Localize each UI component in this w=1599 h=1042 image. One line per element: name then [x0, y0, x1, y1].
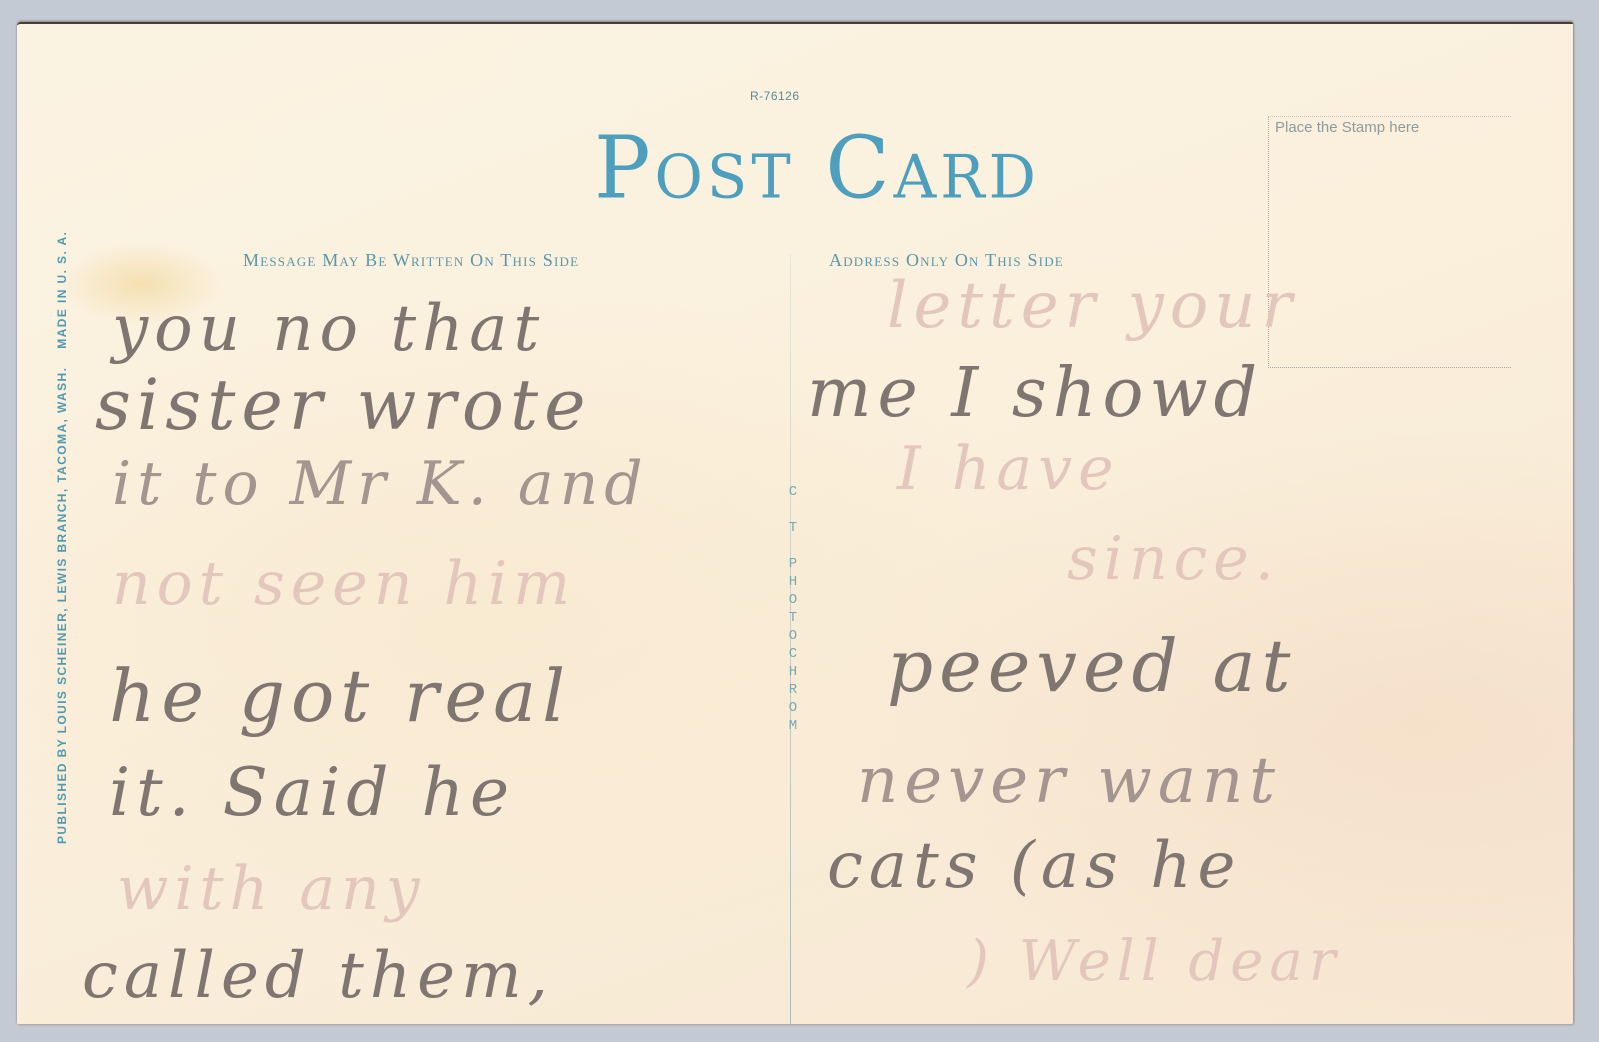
postcard-title: Post Card: [507, 121, 1127, 215]
handwriting-line-7-right: cats (as he: [827, 829, 1241, 903]
stamp-box: [1268, 116, 1511, 368]
handwriting-line-5-left: he got real: [109, 654, 571, 738]
postcard-back: R-76126 Post Card Message May Be Written…: [17, 22, 1573, 1024]
publisher-imprint: PUBLISHED BY LOUIS SCHEINER, LEWIS BRANC…: [55, 144, 69, 844]
handwriting-line-4-right: since.: [1067, 524, 1280, 594]
stamp-box-text: Place the Stamp here: [1275, 119, 1419, 136]
handwriting-line-3-right: I have: [897, 434, 1120, 504]
publisher-line: PUBLISHED BY LOUIS SCHEINER, LEWIS BRANC…: [55, 367, 69, 844]
divider-imprint: C T PHOTOCHROM: [787, 484, 801, 736]
handwriting-line-1-right: letter your: [887, 269, 1298, 343]
handwriting-line-5-right: peeved at: [887, 624, 1296, 708]
handwriting-line-8-left: called them,: [82, 939, 554, 1013]
handwriting-line-6-right: never want: [857, 744, 1281, 818]
address-side-label: Address Only On This Side: [829, 250, 1064, 271]
serial-number: R-76126: [750, 89, 830, 103]
message-side-label: Message May Be Written On This Side: [243, 250, 579, 271]
handwriting-line-6-left: it. Said he: [109, 754, 515, 831]
made-in-label: MADE IN U. S. A.: [55, 231, 69, 349]
handwriting-line-7-left: with any: [117, 854, 426, 924]
handwriting-line-8-right: ) Well dear: [967, 929, 1342, 994]
handwriting-line-2-right: me I showd: [807, 354, 1263, 433]
handwriting-line-3-left: it to Mr K. and: [112, 449, 649, 519]
handwriting-line-4-left: not seen him: [112, 549, 576, 619]
handwriting-line-1-left: you no that: [112, 292, 545, 366]
handwriting-line-2-left: sister wrote: [95, 364, 592, 446]
